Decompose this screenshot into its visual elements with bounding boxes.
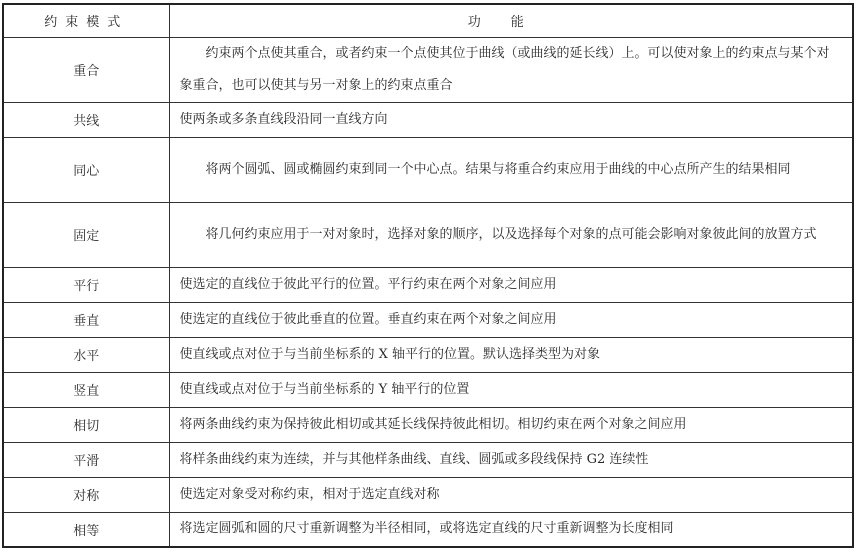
mode-cell: 竖直 [3, 372, 169, 407]
table-row: 水平 使直线或点对位于与当前坐标系的 X 轴平行的位置。默认选择类型为对象 [3, 337, 853, 372]
table-row: 相切 将两条曲线约束为保持彼此相切或其延长线保持彼此相切。相切约束在两个对象之间… [3, 407, 853, 442]
table-row: 同心 将两个圆弧、圆或椭圆约束到同一个中心点。结果与将重合约束应用于曲线的中心点… [3, 137, 853, 202]
mode-cell: 共线 [3, 102, 169, 137]
header-function: 功能 [169, 4, 853, 37]
function-cell: 将两个圆弧、圆或椭圆约束到同一个中心点。结果与将重合约束应用于曲线的中心点所产生… [169, 137, 853, 202]
function-cell: 使直线或点对位于与当前坐标系的 X 轴平行的位置。默认选择类型为对象 [169, 337, 853, 372]
header-function-label: 功能 [468, 15, 554, 30]
header-constraint-mode: 约束模式 [3, 4, 169, 37]
mode-cell: 水平 [3, 337, 169, 372]
function-cell: 将样条曲线约束为连续，并与其他样条曲线、直线、圆弧或多段线保持 G2 连续性 [169, 442, 853, 477]
table-row: 平行 使选定的直线位于彼此平行的位置。平行约束在两个对象之间应用 [3, 267, 853, 302]
mode-cell: 对称 [3, 477, 169, 512]
table-row: 平滑 将样条曲线约束为连续，并与其他样条曲线、直线、圆弧或多段线保持 G2 连续… [3, 442, 853, 477]
function-cell: 约束两个点使其重合，或者约束一个点使其位于曲线（或曲线的延长线）上。可以使对象上… [169, 37, 853, 102]
function-cell: 使选定的直线位于彼此垂直的位置。垂直约束在两个对象之间应用 [169, 302, 853, 337]
function-cell: 使选定对象受对称约束，相对于选定直线对称 [169, 477, 853, 512]
table-row: 对称 使选定对象受对称约束，相对于选定直线对称 [3, 477, 853, 512]
function-cell: 使直线或点对位于与当前坐标系的 Y 轴平行的位置 [169, 372, 853, 407]
mode-cell: 相切 [3, 407, 169, 442]
function-cell: 使两条或多条直线段沿同一直线方向 [169, 102, 853, 137]
mode-cell: 相等 [3, 512, 169, 547]
mode-cell: 平行 [3, 267, 169, 302]
constraint-modes-table: 约束模式 功能 重合 约束两个点使其重合，或者约束一个点使其位于曲线（或曲线的延… [2, 3, 854, 548]
table-row: 垂直 使选定的直线位于彼此垂直的位置。垂直约束在两个对象之间应用 [3, 302, 853, 337]
table-header-row: 约束模式 功能 [3, 4, 853, 37]
function-cell: 使选定的直线位于彼此平行的位置。平行约束在两个对象之间应用 [169, 267, 853, 302]
mode-cell: 固定 [3, 202, 169, 267]
table-row: 竖直 使直线或点对位于与当前坐标系的 Y 轴平行的位置 [3, 372, 853, 407]
mode-cell: 同心 [3, 137, 169, 202]
function-cell: 将选定圆弧和圆的尺寸重新调整为半径相同，或将选定直线的尺寸重新调整为长度相同 [169, 512, 853, 547]
table-row: 固定 将几何约束应用于一对对象时，选择对象的顺序，以及选择每个对象的点可能会影响… [3, 202, 853, 267]
table-row: 重合 约束两个点使其重合，或者约束一个点使其位于曲线（或曲线的延长线）上。可以使… [3, 37, 853, 102]
function-cell: 将几何约束应用于一对对象时，选择对象的顺序，以及选择每个对象的点可能会影响对象彼… [169, 202, 853, 267]
mode-cell: 重合 [3, 37, 169, 102]
table-row: 共线 使两条或多条直线段沿同一直线方向 [3, 102, 853, 137]
table-row: 相等 将选定圆弧和圆的尺寸重新调整为半径相同，或将选定直线的尺寸重新调整为长度相… [3, 512, 853, 547]
mode-cell: 垂直 [3, 302, 169, 337]
function-cell: 将两条曲线约束为保持彼此相切或其延长线保持彼此相切。相切约束在两个对象之间应用 [169, 407, 853, 442]
mode-cell: 平滑 [3, 442, 169, 477]
